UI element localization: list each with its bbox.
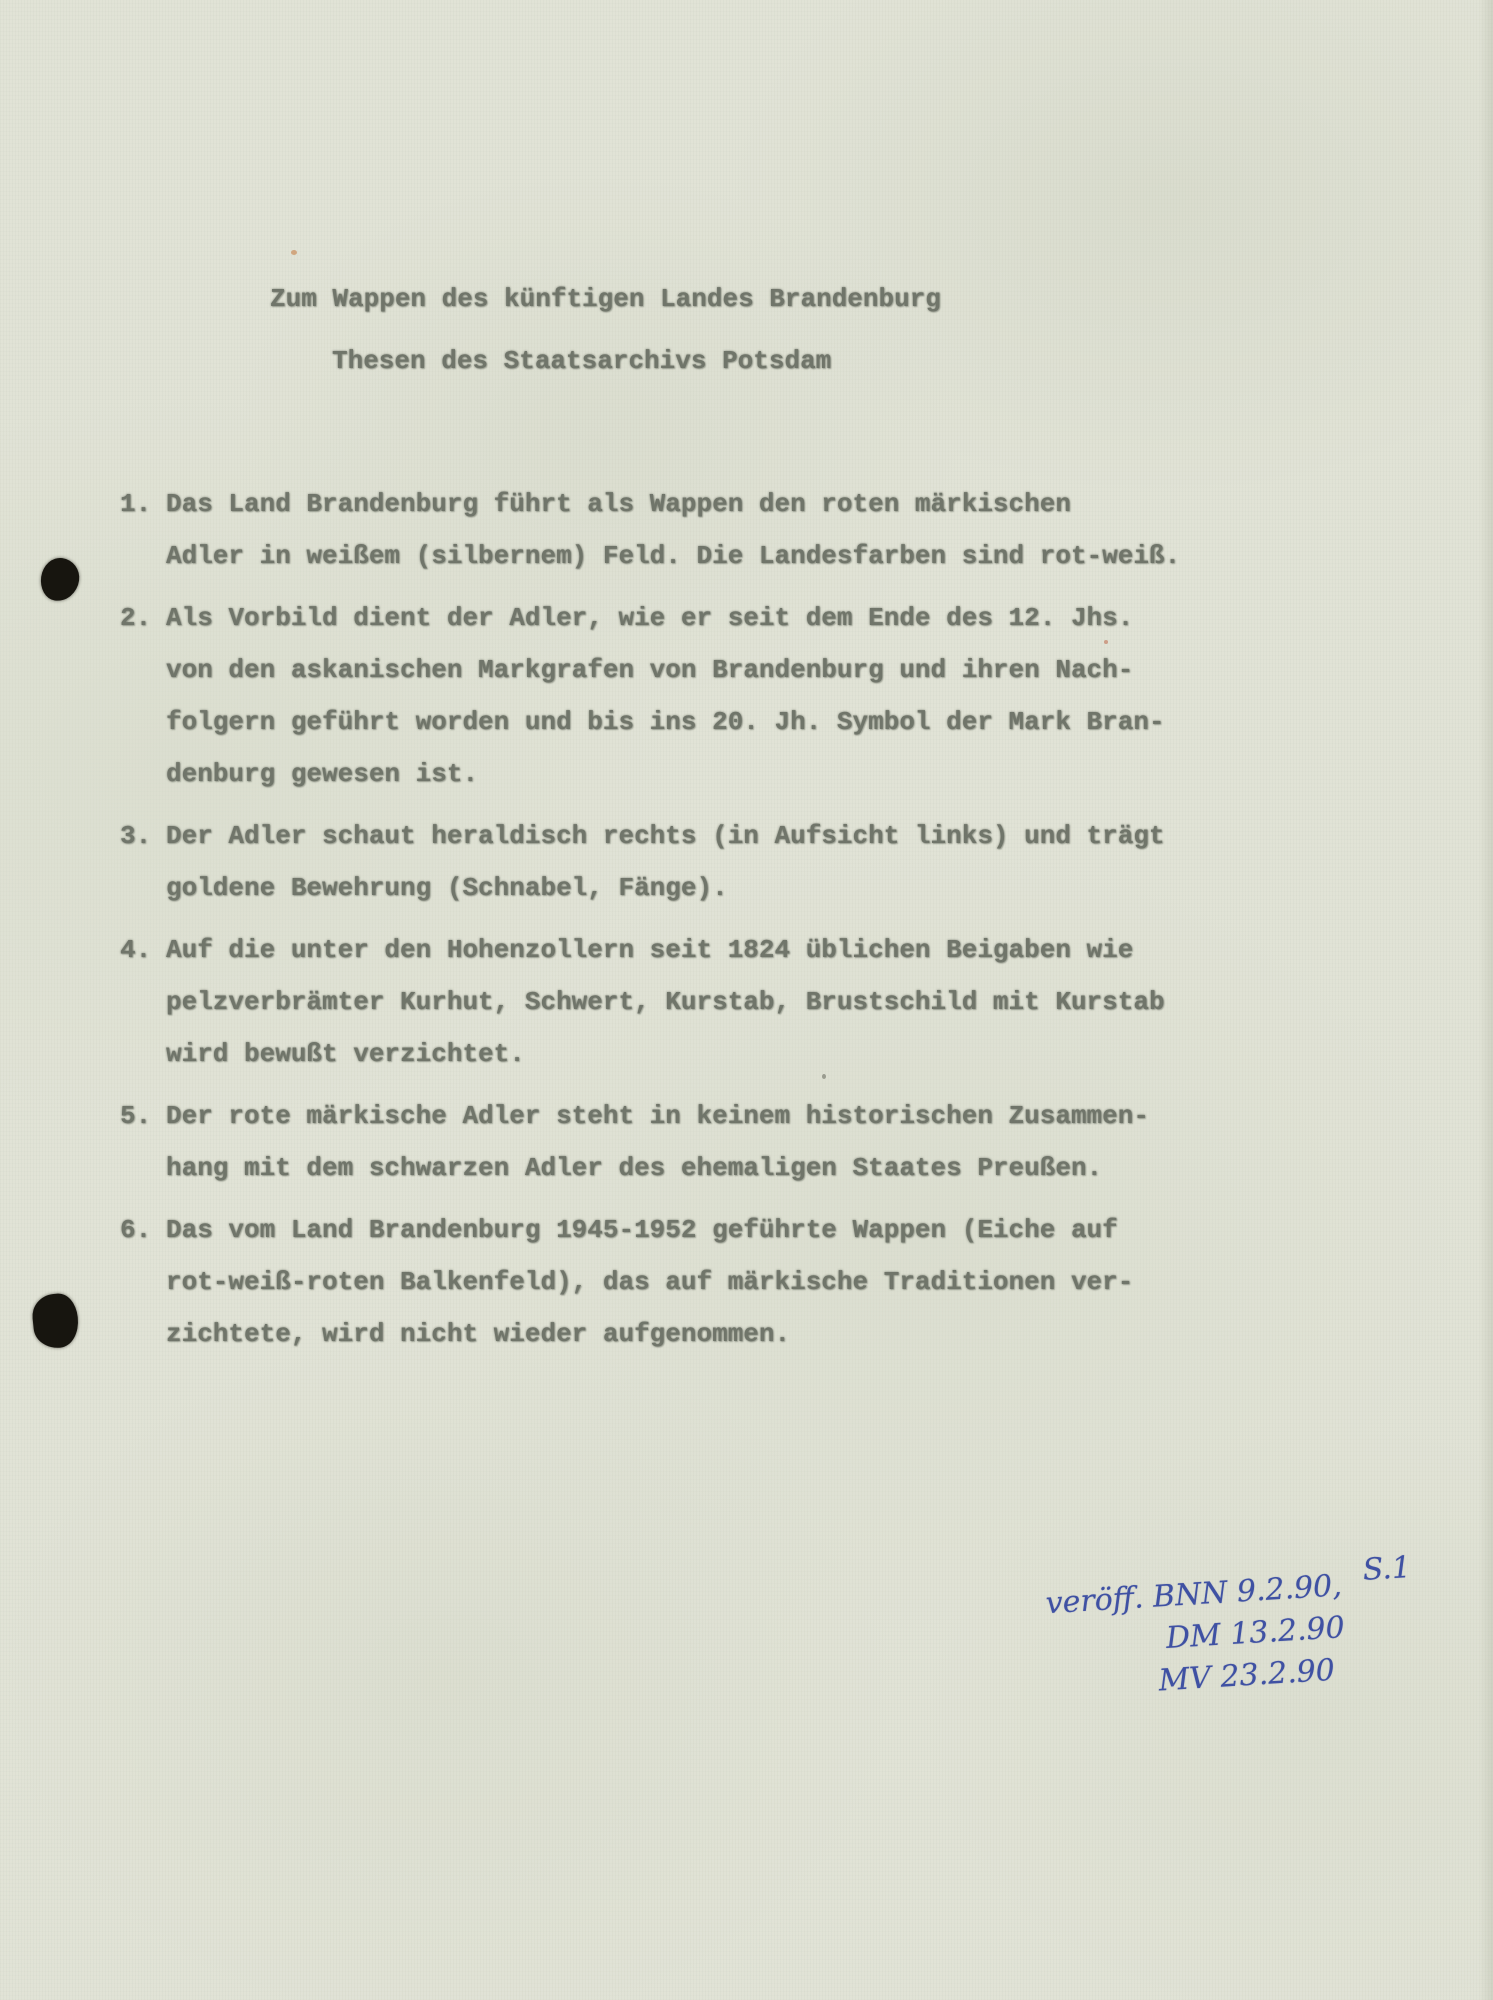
thesis-item: 1.Das Land Brandenburg führt als Wappen … bbox=[120, 478, 1493, 582]
paper-speck bbox=[822, 1074, 826, 1079]
item-text: Das vom Land Brandenburg 1945-1952 gefüh… bbox=[166, 1204, 1493, 1360]
paper-speck bbox=[1104, 640, 1108, 644]
annotation-text: MV 23.2.90 bbox=[1158, 1653, 1336, 1699]
annotation-superscript: S.1 bbox=[1362, 1547, 1413, 1592]
thesis-item: 4.Auf die unter den Hohenzollern seit 18… bbox=[120, 924, 1493, 1080]
item-line: Auf die unter den Hohenzollern seit 1824… bbox=[166, 924, 1493, 976]
item-line: wird bewußt verzichtet. bbox=[166, 1028, 1493, 1080]
item-number: 3. bbox=[120, 810, 166, 862]
thesis-list: 1.Das Land Brandenburg führt als Wappen … bbox=[120, 478, 1493, 1360]
item-number: 2. bbox=[120, 592, 166, 644]
item-line: folgern geführt worden und bis ins 20. J… bbox=[166, 696, 1493, 748]
item-line: Das vom Land Brandenburg 1945-1952 gefüh… bbox=[166, 1204, 1493, 1256]
item-line: denburg gewesen ist. bbox=[166, 748, 1493, 800]
thesis-item: 3.Der Adler schaut heraldisch rechts (in… bbox=[120, 810, 1493, 914]
doc-title: Zum Wappen des künftigen Landes Brandenb… bbox=[270, 272, 1493, 326]
item-line: pelzverbrämter Kurhut, Schwert, Kurstab,… bbox=[166, 976, 1493, 1028]
item-number: 1. bbox=[120, 478, 166, 530]
item-line: von den askanischen Markgrafen von Brand… bbox=[166, 644, 1493, 696]
item-line: Der rote märkische Adler steht in keinem… bbox=[166, 1090, 1493, 1142]
item-line: Der Adler schaut heraldisch rechts (in A… bbox=[166, 810, 1493, 862]
thesis-item: 5.Der rote märkische Adler steht in kein… bbox=[120, 1090, 1493, 1194]
thesis-item: 2.Als Vorbild dient der Adler, wie er se… bbox=[120, 592, 1493, 800]
item-number: 4. bbox=[120, 924, 166, 976]
item-number: 5. bbox=[120, 1090, 166, 1142]
item-text: Als Vorbild dient der Adler, wie er seit… bbox=[166, 592, 1493, 800]
item-line: zichtete, wird nicht wieder aufgenommen. bbox=[166, 1308, 1493, 1360]
item-line: hang mit dem schwarzen Adler des ehemali… bbox=[166, 1142, 1493, 1194]
item-number: 6. bbox=[120, 1204, 166, 1256]
item-text: Der rote märkische Adler steht in keinem… bbox=[166, 1090, 1493, 1194]
item-line: Adler in weißem (silbernem) Feld. Die La… bbox=[166, 530, 1493, 582]
document-page: Zum Wappen des künftigen Landes Brandenb… bbox=[0, 0, 1493, 1370]
item-text: Das Land Brandenburg führt als Wappen de… bbox=[166, 478, 1493, 582]
annotation-text: DM 13.2.90 bbox=[1165, 1610, 1346, 1656]
doc-subtitle: Thesen des Staatsarchivs Potsdam bbox=[332, 334, 1493, 388]
item-text: Der Adler schaut heraldisch rechts (in A… bbox=[166, 810, 1493, 914]
handwritten-annotation: veröff. BNN 9.2.90,S.1DM 13.2.90MV 23.2.… bbox=[1044, 1561, 1418, 1709]
paper-speck bbox=[291, 250, 297, 255]
item-line: Als Vorbild dient der Adler, wie er seit… bbox=[166, 592, 1493, 644]
item-line: rot-weiß-roten Balkenfeld), das auf märk… bbox=[166, 1256, 1493, 1308]
thesis-item: 6.Das vom Land Brandenburg 1945-1952 gef… bbox=[120, 1204, 1493, 1360]
item-line: goldene Bewehrung (Schnabel, Fänge). bbox=[166, 862, 1493, 914]
item-line: Das Land Brandenburg führt als Wappen de… bbox=[166, 478, 1493, 530]
item-text: Auf die unter den Hohenzollern seit 1824… bbox=[166, 924, 1493, 1080]
